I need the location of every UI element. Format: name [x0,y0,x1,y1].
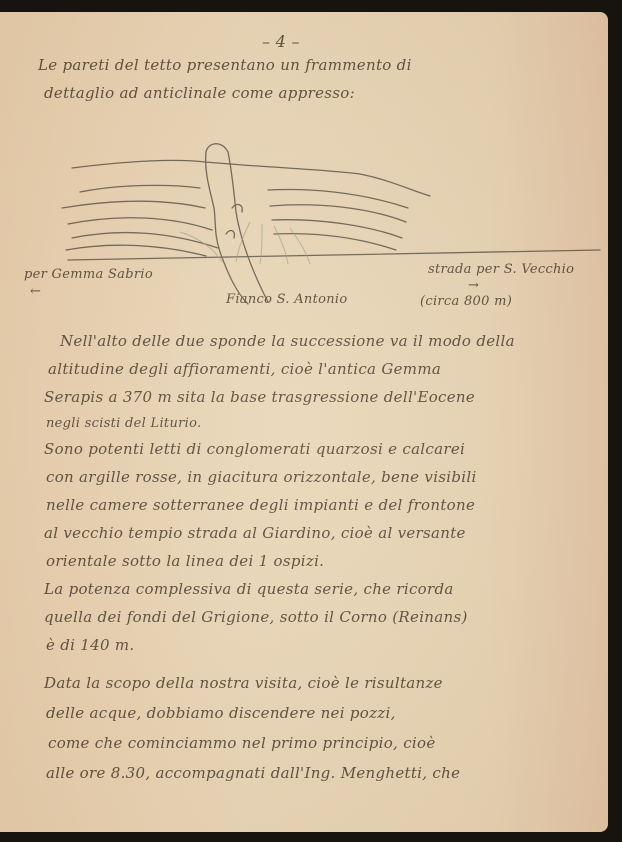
paragraph-3-line-3: è di 140 m. [46,636,135,654]
paragraph-1-line-4: negli scisti del Liturio. [46,416,201,431]
paragraph-4-line-4: alle ore 8.30, accompagnati dall'Ing. Me… [46,764,460,782]
sketch-label-right-note: (circa 800 m) [420,294,512,309]
sketch-label-center: Fianco S. Antonio [226,292,348,307]
sketch-arrow-left-icon: ← [30,284,41,299]
paragraph-2-line-3: nelle camere sotterranee degli impianti … [46,496,475,514]
paragraph-4-line-3: come che cominciammo nel primo principio… [48,734,436,752]
paragraph-1-line-2: altitudine degli affioramenti, cioè l'an… [48,360,441,378]
sketch-label-right: strada per S. Vecchio [428,262,574,277]
paragraph-3-line-1: La potenza complessiva di questa serie, … [44,580,454,598]
paragraph-1-line-1: Nell'alto delle due sponde la succession… [60,332,515,350]
paragraph-2-line-1: Sono potenti letti di conglomerati quarz… [44,440,465,458]
paragraph-2-line-5: orientale sotto la linea dei 1 ospizi. [46,552,324,570]
paragraph-2-line-2: con argille rosse, in giacitura orizzont… [46,468,477,486]
manuscript-page: – 4 – Le pareti del tetto presentano un … [0,12,608,832]
sketch-label-left: per Gemma Sabrio [24,267,153,282]
paragraph-4-line-2: delle acque, dobbiamo discendere nei poz… [46,704,396,722]
sketch-arrow-right-icon: → [468,278,479,293]
paragraph-3-line-2: quella dei fondi del Grigione, sotto il … [44,608,468,626]
paragraph-2-line-4: al vecchio tempio strada al Giardino, ci… [44,524,466,542]
paragraph-4-line-1: Data la scopo della nostra visita, cioè … [44,674,443,692]
paragraph-1-line-3: Serapis a 370 m sita la base trasgressio… [44,388,475,406]
